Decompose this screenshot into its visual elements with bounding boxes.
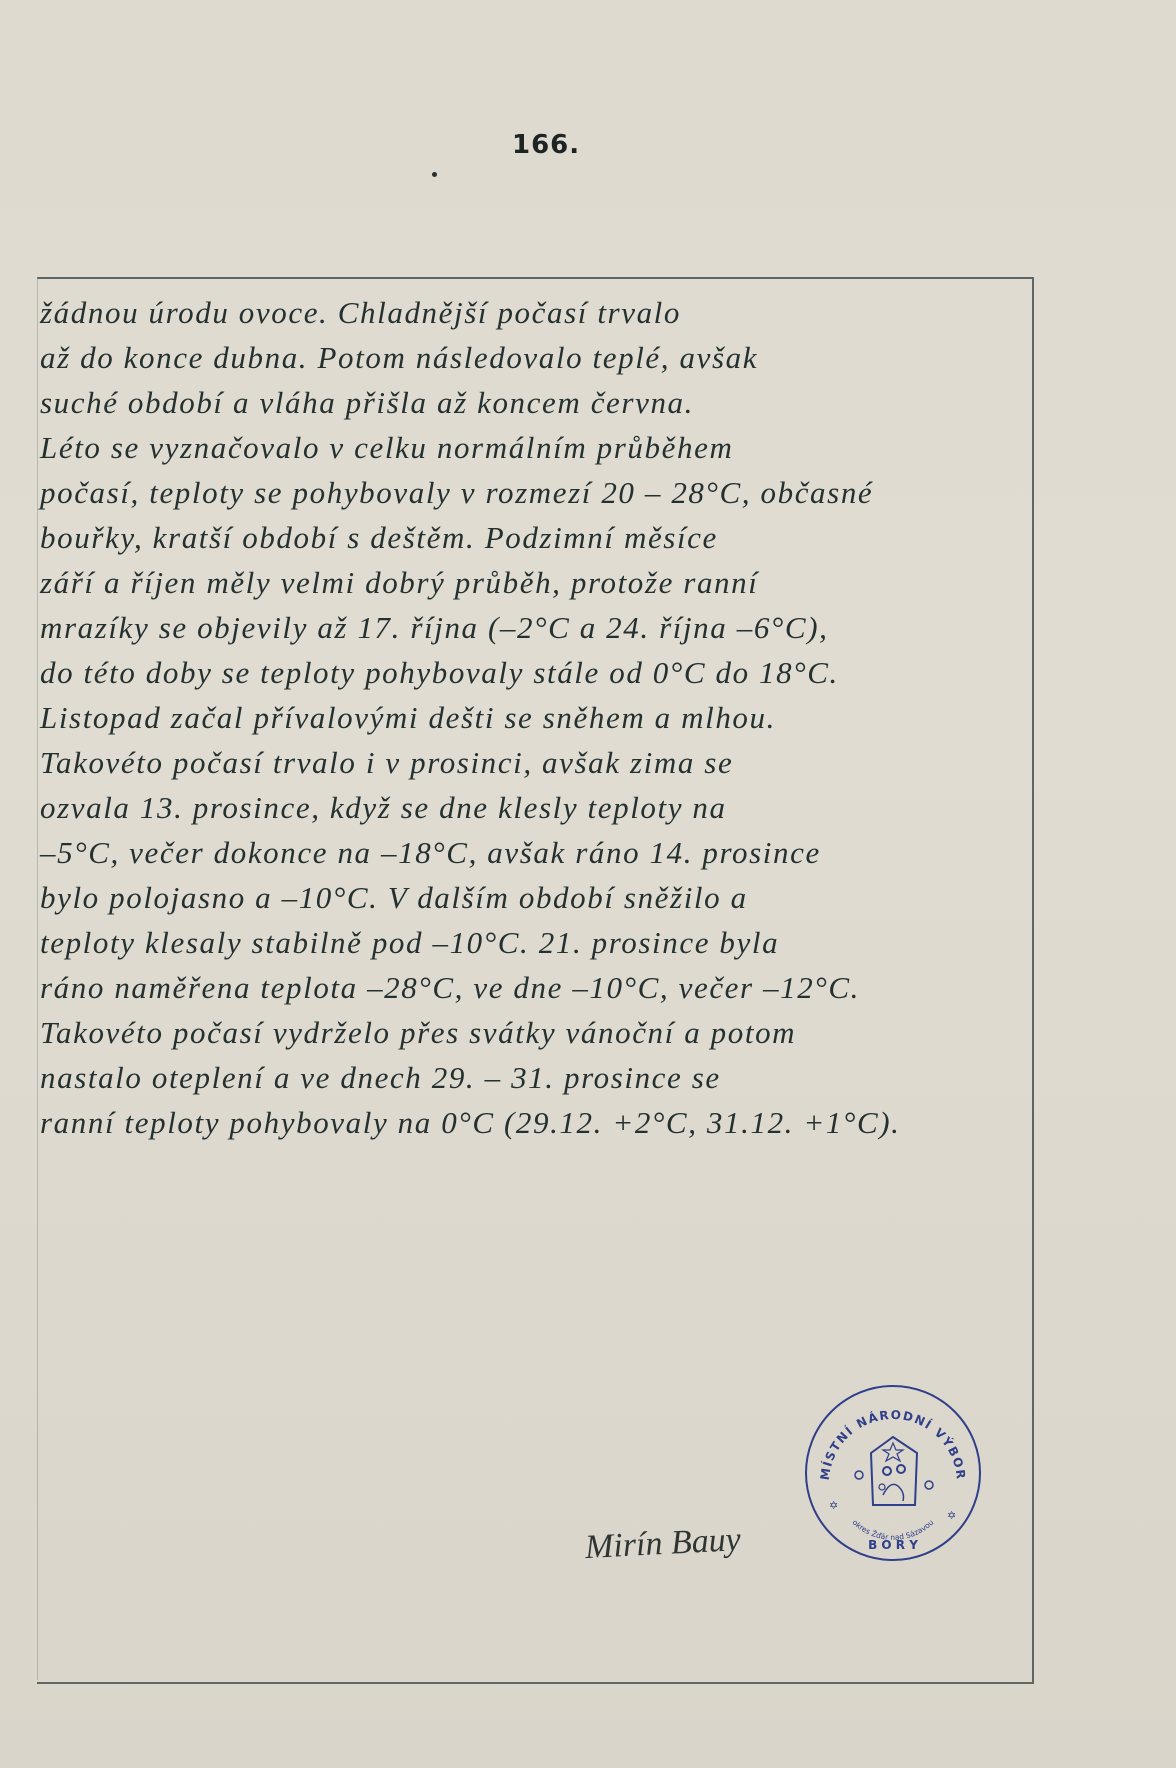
stamp-graphic: MÍSTNÍ NÁRODNÍ VÝBOR okres Žďár nad Sáza…	[807, 1387, 979, 1559]
official-stamp: MÍSTNÍ NÁRODNÍ VÝBOR okres Žďár nad Sáza…	[805, 1385, 981, 1561]
lion-coat-of-arms-icon	[871, 1437, 917, 1505]
text-line: Léto se vyznačovalo v celku normálním pr…	[40, 425, 1030, 470]
text-line: až do konce dubna. Potom následovalo tep…	[40, 335, 1030, 380]
text-line: ráno naměřena teplota –28°C, ve dne –10°…	[40, 965, 1030, 1010]
text-line: bylo polojasno a –10°C. V dalším období …	[40, 875, 1030, 920]
text-line: do této doby se teploty pohybovaly stále…	[40, 650, 1030, 695]
text-line: suché období a vláha přišla až koncem če…	[40, 380, 1030, 425]
text-line: ozvala 13. prosince, když se dne klesly …	[40, 785, 1030, 830]
text-line: teploty klesaly stabilně pod –10°C. 21. …	[40, 920, 1030, 965]
document-page: 166. žádnou úrodu ovoce. Chladnější poča…	[0, 0, 1176, 1768]
star-icon: ✡	[829, 1499, 838, 1512]
text-line: mrazíky se objevily až 17. října (–2°C a…	[40, 605, 1030, 650]
text-line: Takovéto počasí trvalo i v prosinci, avš…	[40, 740, 1030, 785]
text-line: –5°C, večer dokonce na –18°C, avšak ráno…	[40, 830, 1030, 875]
text-line: bouřky, kratší období s deštěm. Podzimní…	[40, 515, 1030, 560]
text-line: Listopad začal přívalovými dešti se sněh…	[40, 695, 1030, 740]
ink-dot	[432, 172, 437, 177]
stamp-ornament-icon	[855, 1471, 863, 1479]
text-line: žádnou úrodu ovoce. Chladnější počasí tr…	[40, 290, 1030, 335]
text-line: nastalo oteplení a ve dnech 29. – 31. pr…	[40, 1055, 1030, 1100]
text-line: Takovéto počasí vydrželo přes svátky ván…	[40, 1010, 1030, 1055]
text-line: září a říjen měly velmi dobrý průběh, pr…	[40, 560, 1030, 605]
page-frame-left-edge	[37, 277, 38, 1680]
star-icon: ✡	[947, 1509, 956, 1522]
handwritten-text: žádnou úrodu ovoce. Chladnější počasí tr…	[40, 290, 1030, 1145]
signature: Mirín Bauy	[584, 1521, 742, 1567]
stamp-ornament-icon	[925, 1481, 933, 1489]
page-number: 166.	[512, 130, 580, 160]
stamp-bottom-text: B O R Y	[868, 1538, 918, 1552]
text-line: počasí, teploty se pohybovaly v rozmezí …	[40, 470, 1030, 515]
text-line: ranní teploty pohybovaly na 0°C (29.12. …	[40, 1100, 1030, 1145]
